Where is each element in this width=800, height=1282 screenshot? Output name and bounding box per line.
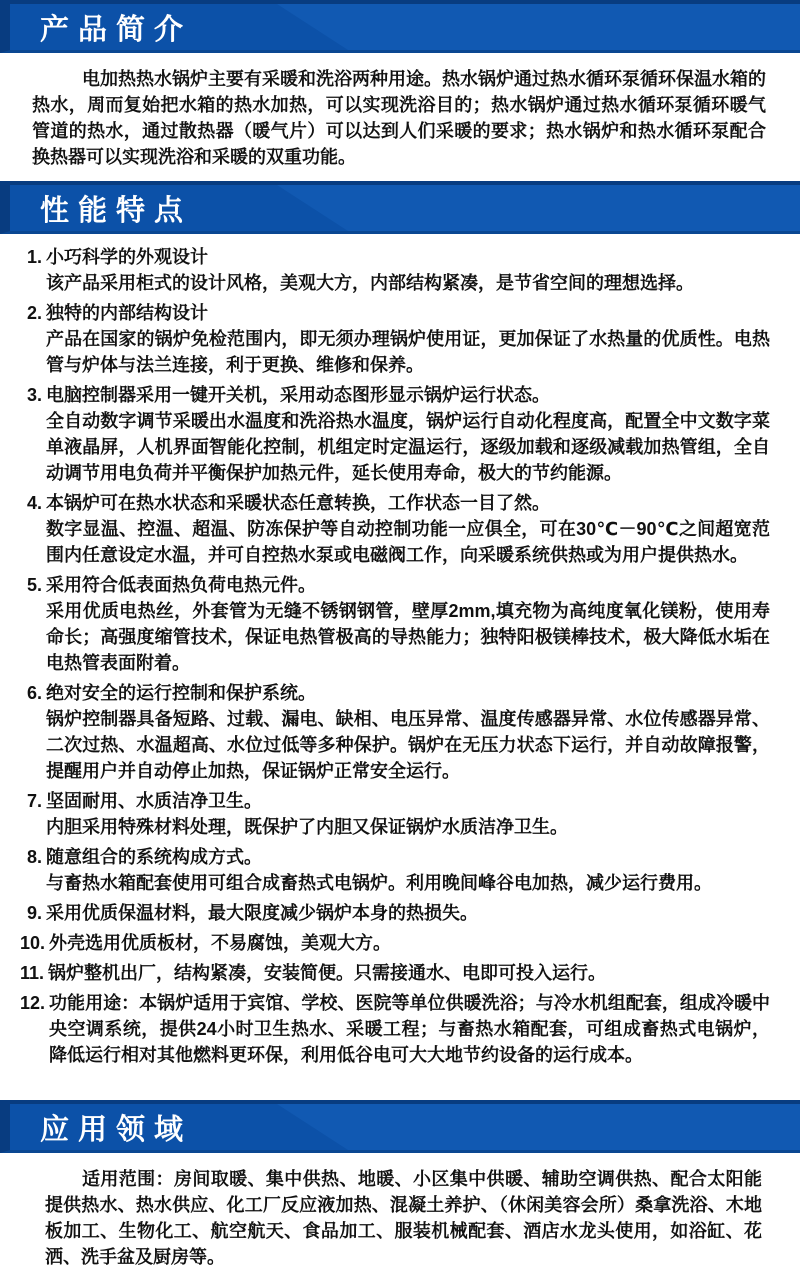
feature-number: 9.	[20, 900, 42, 926]
section-banner-features: 性能特点	[0, 181, 800, 234]
feature-number: 5.	[20, 572, 42, 676]
feature-item: 8. 随意组合的系统构成方式。 与畜热水箱配套使用可组合成畜热式电锅炉。利用晚间…	[20, 844, 770, 896]
section-banner-applications: 应用领域	[0, 1100, 800, 1153]
feature-item: 12. 功能用途：本锅炉适用于宾馆、学校、医院等单位供暖洗浴；与冷水机组配套，组…	[20, 990, 770, 1068]
feature-body: 与畜热水箱配套使用可组合成畜热式电锅炉。利用晚间峰谷电加热，减少运行费用。	[46, 870, 770, 896]
feature-number: 8.	[20, 844, 42, 896]
product-intro-section: 电加热热水锅炉主要有采暖和洗浴两种用途。热水锅炉通过热水循环泵循环保温水箱的热水…	[0, 53, 800, 181]
feature-title: 本锅炉可在热水状态和采暖状态任意转换，工作状态一目了然。	[46, 490, 770, 516]
feature-item: 10. 外壳选用优质板材，不易腐蚀，美观大方。	[20, 930, 770, 956]
feature-item: 5. 采用符合低表面热负荷电热元件。 采用优质电热丝，外套管为无缝不锈钢钢管，壁…	[20, 572, 770, 676]
features-title: 性能特点	[40, 188, 192, 229]
section-banner-product-intro: 产品简介	[0, 0, 800, 53]
applications-paragraph: 适用范围：房间取暖、集中供热、地暖、小区集中供暖、辅助空调供热、配合太阳能提供热…	[45, 1166, 762, 1270]
feature-title: 功能用途：本锅炉适用于宾馆、学校、医院等单位供暖洗浴；与冷水机组配套，组成冷暖中…	[49, 990, 770, 1068]
feature-title: 绝对安全的运行控制和保护系统。	[46, 680, 770, 706]
feature-item: 1. 小巧科学的外观设计 该产品采用柜式的设计风格，美观大方，内部结构紧凑，是节…	[20, 244, 770, 296]
feature-title: 独特的内部结构设计	[46, 300, 770, 326]
feature-item: 4. 本锅炉可在热水状态和采暖状态任意转换，工作状态一目了然。 数字显温、控温、…	[20, 490, 770, 568]
feature-item: 3. 电脑控制器采用一键开关机，采用动态图形显示锅炉运行状态。 全自动数字调节采…	[20, 382, 770, 486]
feature-title: 外壳选用优质板材，不易腐蚀，美观大方。	[49, 930, 770, 956]
feature-body: 内胆采用特殊材料处理，既保护了内胆又保证锅炉水质洁净卫生。	[46, 814, 770, 840]
feature-title: 小巧科学的外观设计	[46, 244, 770, 270]
feature-number: 10.	[20, 930, 45, 956]
feature-title: 坚固耐用、水质洁净卫生。	[46, 788, 770, 814]
feature-item: 11. 锅炉整机出厂，结构紧凑，安装简便。只需接通水、电即可投入运行。	[20, 960, 770, 986]
feature-item: 2. 独特的内部结构设计 产品在国家的锅炉免检范围内，即无须办理锅炉使用证，更加…	[20, 300, 770, 378]
feature-title: 采用符合低表面热负荷电热元件。	[46, 572, 770, 598]
feature-body: 锅炉控制器具备短路、过载、漏电、缺相、电压异常、温度传感器异常、水位传感器异常、…	[46, 706, 770, 784]
feature-number: 6.	[20, 680, 42, 784]
feature-number: 4.	[20, 490, 42, 568]
page: { "colors": { "banner_blue": "#0C51A8", …	[0, 0, 800, 1282]
feature-title: 采用优质保温材料，最大限度减少锅炉本身的热损失。	[46, 900, 770, 926]
feature-number: 1.	[20, 244, 42, 296]
feature-number: 12.	[20, 990, 45, 1068]
feature-number: 7.	[20, 788, 42, 840]
feature-title: 随意组合的系统构成方式。	[46, 844, 770, 870]
feature-item: 9. 采用优质保温材料，最大限度减少锅炉本身的热损失。	[20, 900, 770, 926]
applications-section: 适用范围：房间取暖、集中供热、地暖、小区集中供暖、辅助空调供热、配合太阳能提供热…	[0, 1153, 800, 1282]
feature-body: 数字显温、控温、超温、防冻保护等自动控制功能一应俱全，可在30℃－90℃之间超宽…	[46, 516, 770, 568]
product-intro-title: 产品简介	[40, 7, 192, 48]
feature-number: 3.	[20, 382, 42, 486]
applications-title: 应用领域	[40, 1107, 192, 1148]
feature-body: 该产品采用柜式的设计风格，美观大方，内部结构紧凑，是节省空间的理想选择。	[46, 270, 770, 296]
feature-body: 采用优质电热丝，外套管为无缝不锈钢钢管，壁厚2mm,填充物为高纯度氧化镁粉，使用…	[46, 598, 770, 676]
feature-body: 全自动数字调节采暖出水温度和洗浴热水温度，锅炉运行自动化程度高，配置全中文数字菜…	[46, 408, 770, 486]
product-intro-paragraph: 电加热热水锅炉主要有采暖和洗浴两种用途。热水锅炉通过热水循环泵循环保温水箱的热水…	[32, 66, 766, 170]
feature-item: 7. 坚固耐用、水质洁净卫生。 内胆采用特殊材料处理，既保护了内胆又保证锅炉水质…	[20, 788, 770, 840]
feature-title: 电脑控制器采用一键开关机，采用动态图形显示锅炉运行状态。	[46, 382, 770, 408]
feature-body: 产品在国家的锅炉免检范围内，即无须办理锅炉使用证，更加保证了水热量的优质性。电热…	[46, 326, 770, 378]
features-list: 1. 小巧科学的外观设计 该产品采用柜式的设计风格，美观大方，内部结构紧凑，是节…	[0, 234, 800, 1100]
feature-number: 2.	[20, 300, 42, 378]
feature-title: 锅炉整机出厂，结构紧凑，安装简便。只需接通水、电即可投入运行。	[48, 960, 770, 986]
feature-item: 6. 绝对安全的运行控制和保护系统。 锅炉控制器具备短路、过载、漏电、缺相、电压…	[20, 680, 770, 784]
feature-number: 11.	[20, 960, 44, 986]
